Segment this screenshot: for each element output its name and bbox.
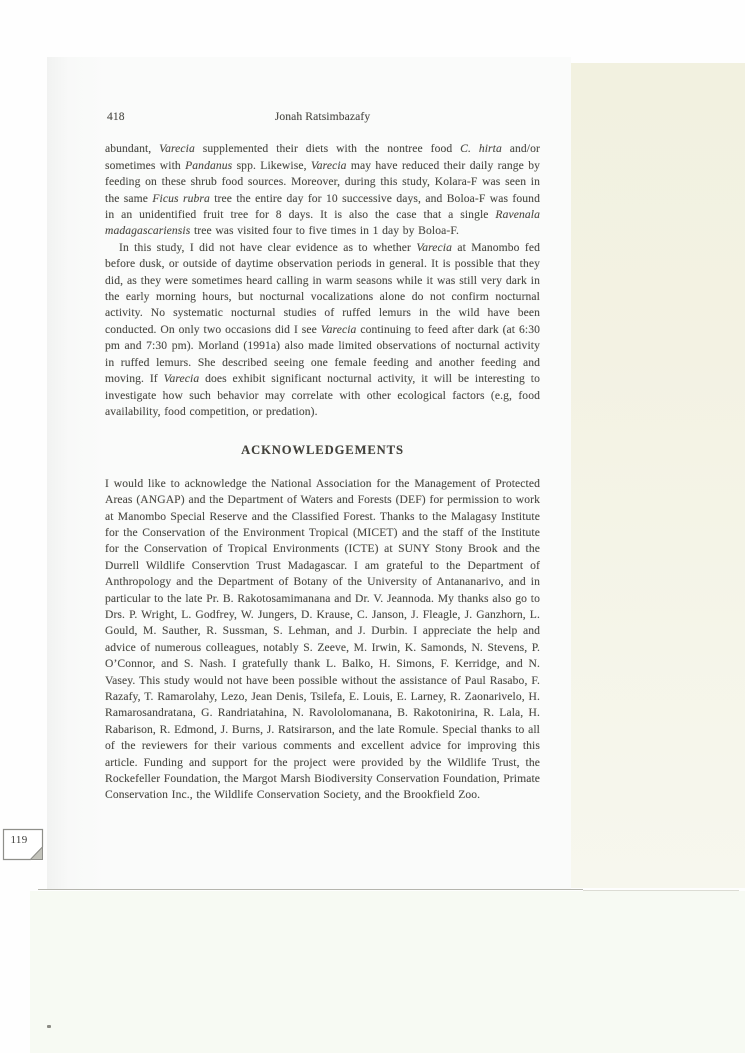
acknowledgements-paragraph: I would like to acknowledge the National… [105, 476, 540, 804]
page-bottom-edge-faint [583, 890, 739, 891]
running-title: Jonah Ratsimbazafy [275, 110, 371, 123]
page-bottom-edge [38, 889, 583, 890]
adjacent-page-edge [571, 63, 745, 888]
acknowledgements-heading: ACKNOWLEDGEMENTS [105, 442, 540, 458]
scan-artifact [47, 1025, 51, 1028]
page-marker-tab[interactable]: 119 [2, 828, 46, 864]
body-paragraph: abundant, Varecia supplemented their die… [105, 141, 540, 239]
body-text: abundant, Varecia supplemented their die… [105, 141, 540, 803]
scanned-page: 418 Jonah Ratsimbazafy abundant, Varecia… [47, 57, 571, 890]
scan-canvas: 418 Jonah Ratsimbazafy abundant, Varecia… [0, 0, 745, 1053]
body-paragraph: In this study, I did not have clear evid… [105, 240, 540, 420]
running-header: 418 Jonah Ratsimbazafy [105, 109, 540, 125]
page-number: 418 [107, 109, 125, 125]
page-marker-label: 119 [2, 834, 36, 846]
page-content: 418 Jonah Ratsimbazafy abundant, Varecia… [105, 109, 540, 804]
scanner-bed-tint [30, 891, 745, 1053]
